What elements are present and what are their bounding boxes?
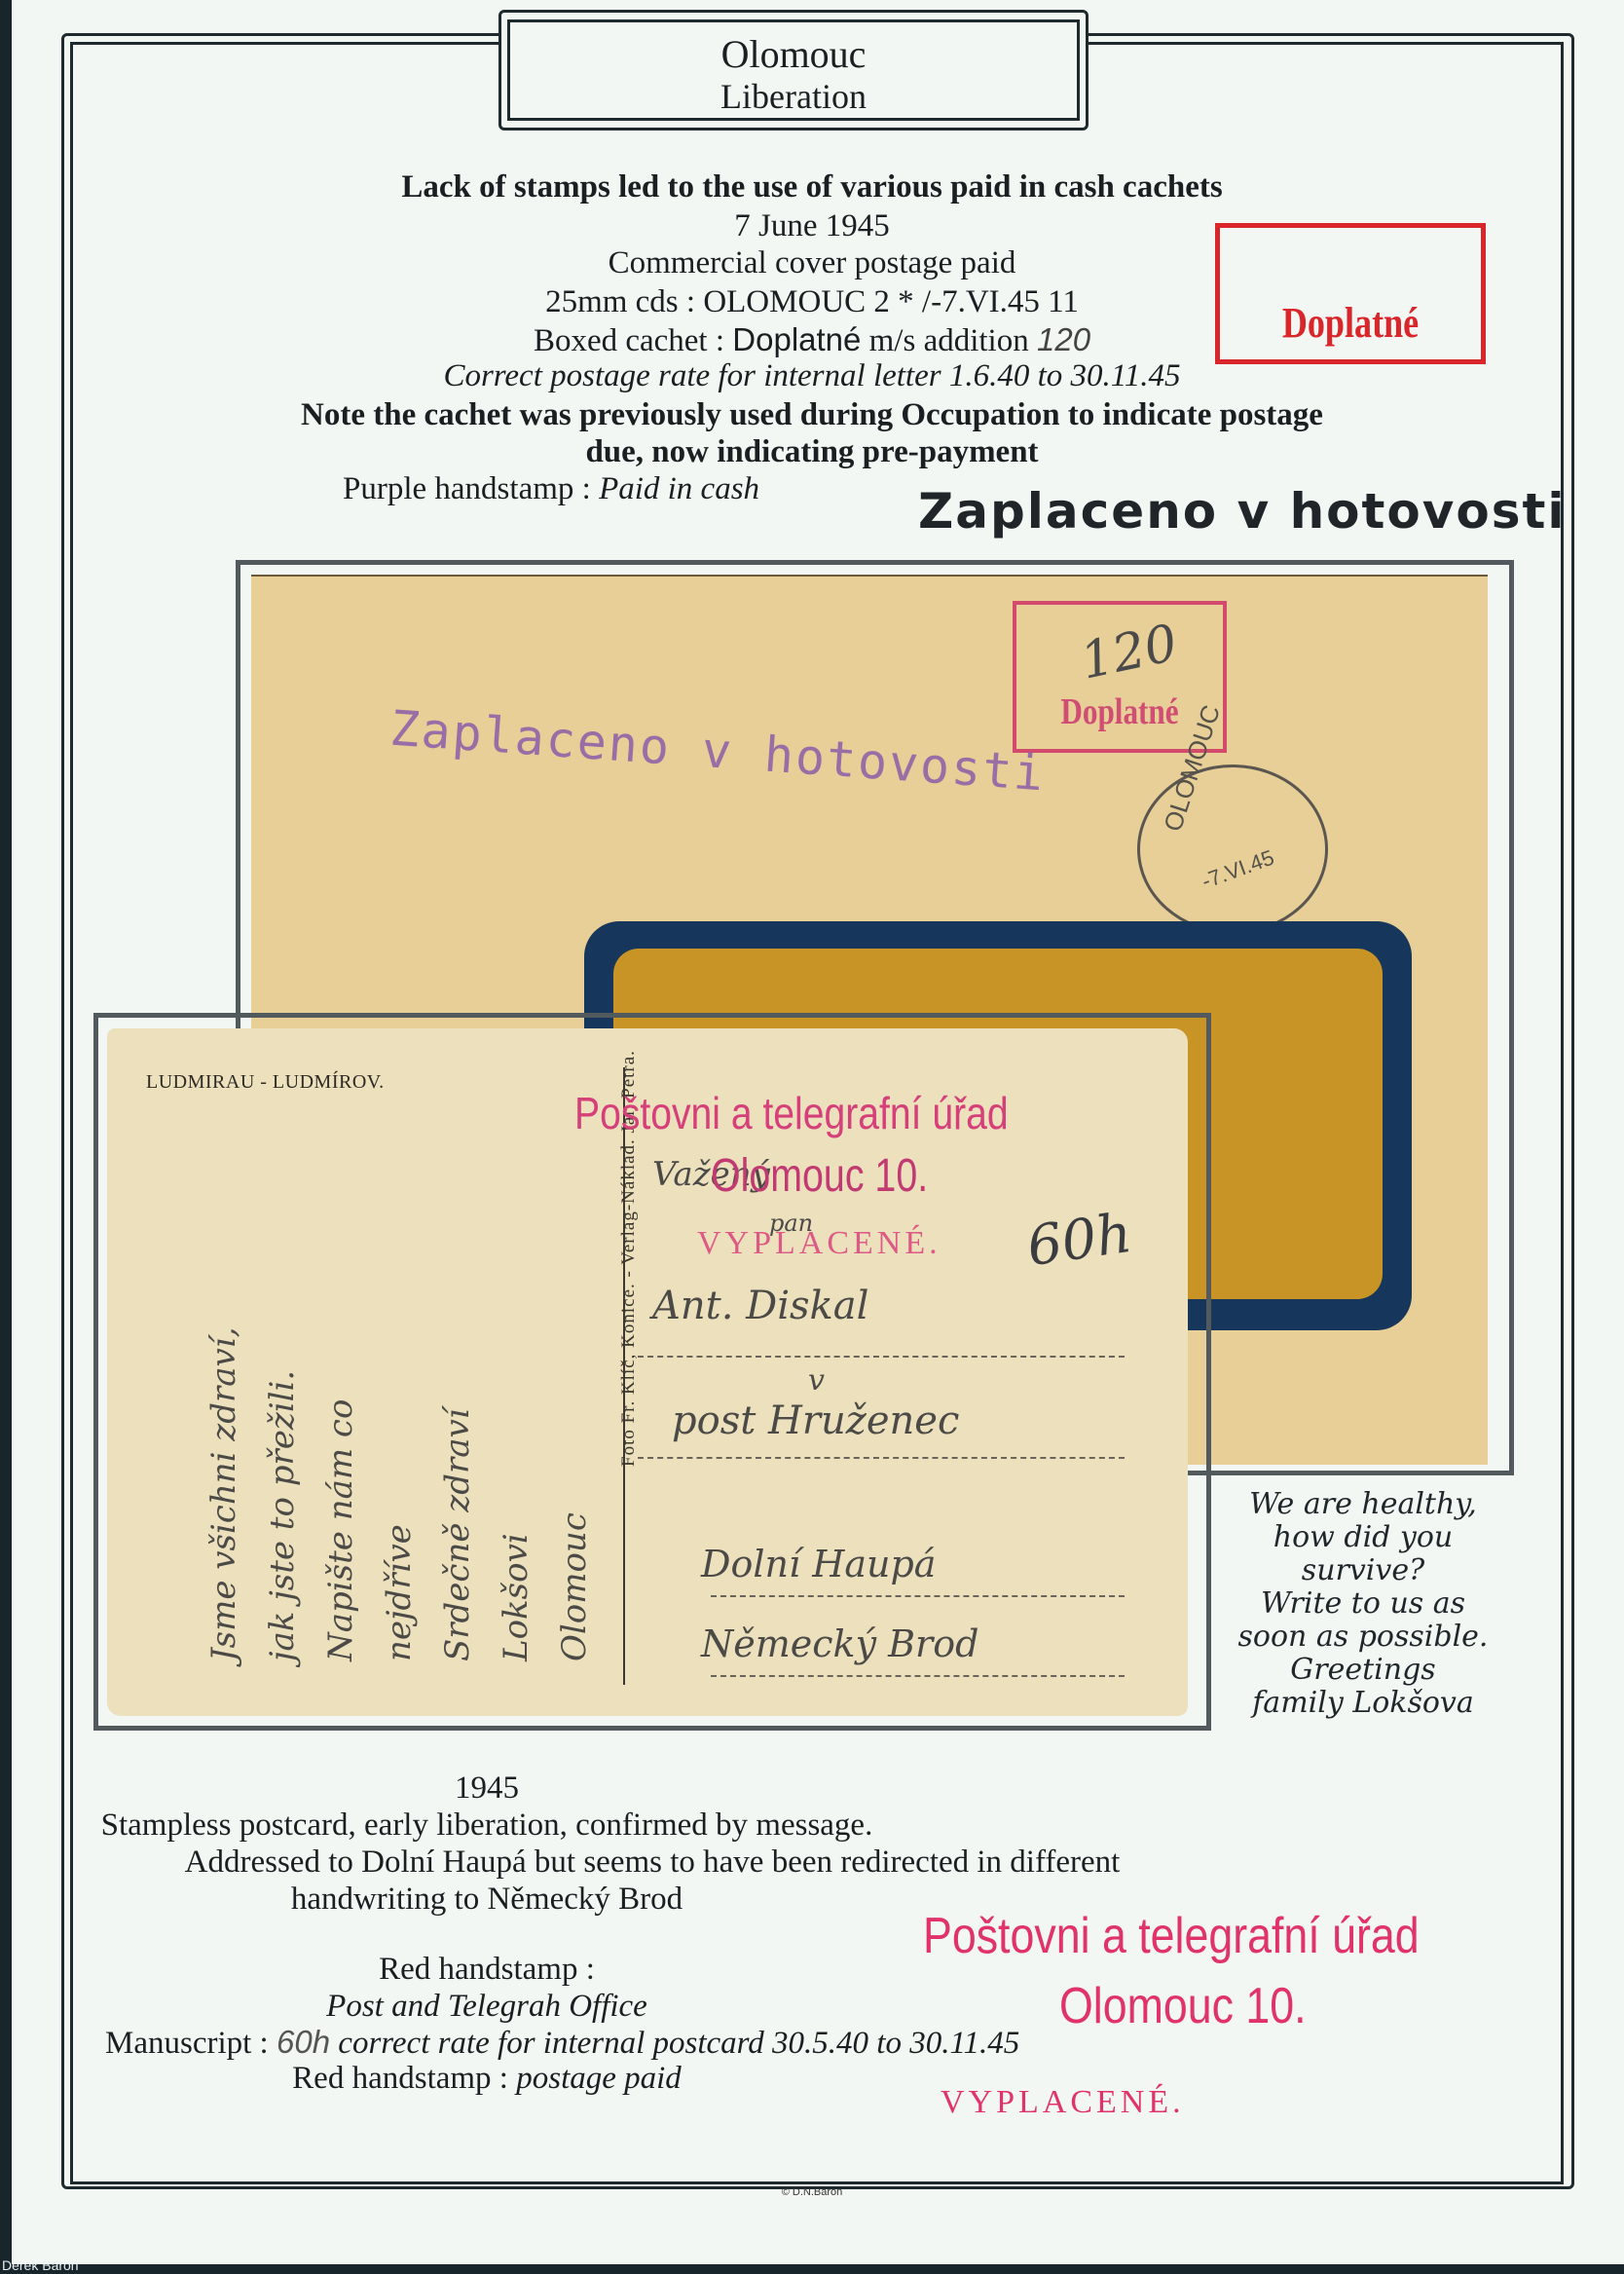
item1-heading: Lack of stamps led to the use of various… [0,169,1624,205]
doplatne-reference-cachet: Doplatné [1215,223,1486,364]
copyright-notice: © D.N.Baron [0,2186,1624,2198]
item2-red-handstamp-meaning: Post and Telegrah Office [0,1989,974,2025]
title-box: Olomouc Liberation [498,10,1089,130]
postcard-stamp-office: Poštovni a telegrafní úřad [574,1087,1009,1139]
item1-note-line1: Note the cachet was previously used duri… [0,397,1624,433]
address-prefix: v [808,1363,825,1398]
page-title: Olomouc [501,34,1086,75]
message-translation: We are healthy, how did you survive? Wri… [1207,1488,1519,1720]
postcard-stamp-paid: VYPLACENÉ. [697,1225,941,1262]
item2-red-handstamp-label: Red handstamp : [0,1952,974,1988]
item1-handstamp-line: Purple handstamp : Paid in cash [343,471,759,507]
item2-address-note-line2: handwriting to Německý Brod [0,1882,974,1918]
item1-note-line2: due, now indicating pre-payment [0,434,1624,470]
reference-stamp-town: Olomouc 10. [1059,1977,1307,2035]
stampless-postcard: LUDMIRAU - LUDMÍROV. Foto Fr. Klíč, Koni… [107,1028,1188,1716]
address-town-original: Dolní Haupá [701,1543,936,1585]
reference-stamp-office: Poštovni a telegrafní úřad [923,1907,1420,1965]
item2-address-note-line1: Addressed to Dolní Haupá but seems to ha… [0,1845,1305,1881]
scan-edge [0,2264,1624,2274]
item2-red-handstamp2-line: Red handstamp : postage paid [0,2061,974,2097]
cachet-name: Doplatné [732,321,861,357]
postmark-cds: OLOMOUC -7.VI.45 [1137,764,1328,934]
item2-manuscript-line: Manuscript : 60h correct rate for intern… [105,2024,1019,2062]
address-town-redirect: Německý Brod [701,1622,978,1665]
postcard-ms-rate: 60h [1023,1202,1135,1279]
postcard-view-title: LUDMIRAU - LUDMÍROV. [146,1071,385,1094]
postcard-stamp-town: Olomouc 10. [711,1149,928,1203]
address-line2: post Hruženec [672,1398,959,1443]
item2-description: Stampless postcard, early liberation, co… [0,1808,974,1844]
postcard-message: Jsme všichni zdraví, jak jste to přežili… [195,1327,604,1661]
ms-addition: 120 [1037,321,1090,357]
zaplaceno-reference-handstamp: Zaplaceno v hotovosti [918,483,1567,540]
item2-year: 1945 [0,1771,974,1807]
address-name: Ant. Diskal [652,1284,868,1328]
page-subtitle: Liberation [501,77,1086,116]
scan-watermark: Derek Baron [2,2257,79,2273]
reference-stamp-paid: VYPLACENÉ. [941,2084,1185,2121]
